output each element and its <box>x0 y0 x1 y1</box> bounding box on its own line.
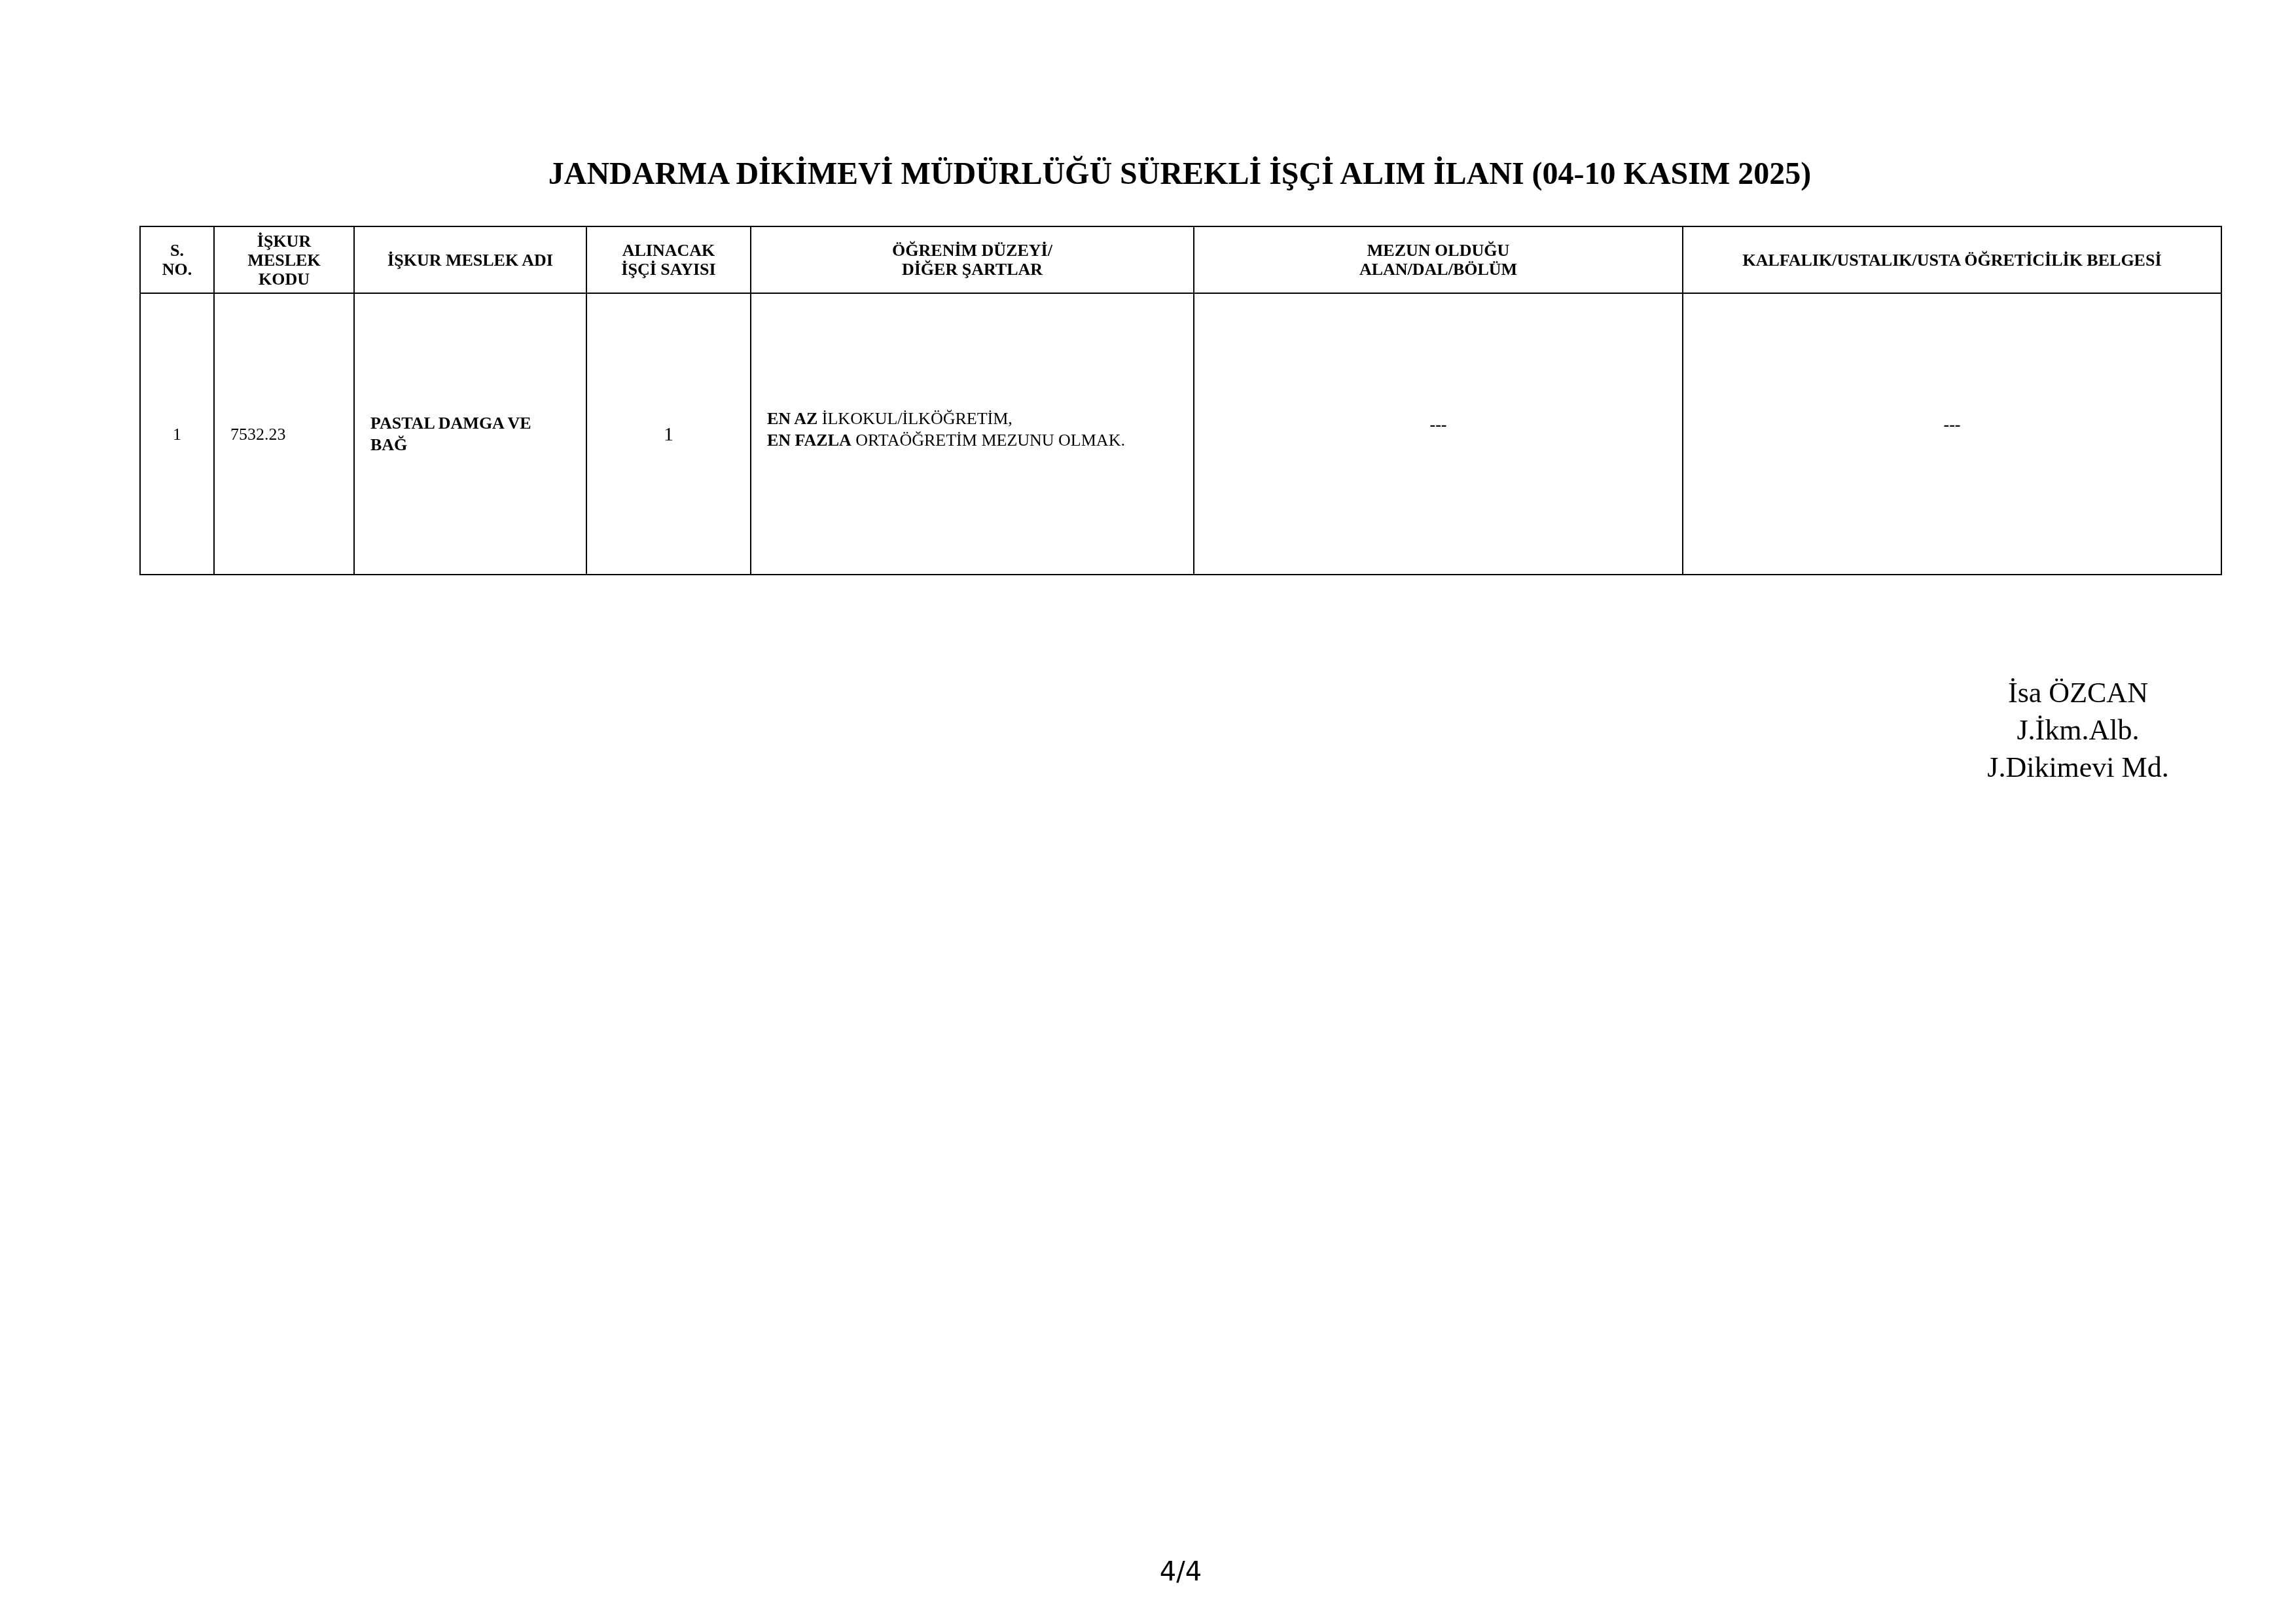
header-education-line1: ÖĞRENİM DÜZEYİ/ <box>755 241 1189 260</box>
cell-certificate: --- <box>1683 293 2221 575</box>
education-min-label: EN AZ <box>767 409 817 428</box>
header-sno-line2: NO. <box>145 260 209 279</box>
education-line-1: EN AZ İLKOKUL/İLKÖĞRETİM, <box>767 408 1177 429</box>
education-max-value: ORTAÖĞRETİM MEZUNU OLMAK. <box>855 431 1125 450</box>
table-row: 1 7532.23 PASTAL DAMGA VE BAĞ 1 EN AZ İL… <box>140 293 2221 575</box>
header-education: ÖĞRENİM DÜZEYİ/ DİĞER ŞARTLAR <box>751 226 1194 293</box>
cell-graduation-field: --- <box>1194 293 1683 575</box>
education-min-value: İLKOKUL/İLKÖĞRETİM, <box>822 409 1013 428</box>
header-iskur-name: İŞKUR MESLEK ADI <box>354 226 586 293</box>
cell-iskur-name: PASTAL DAMGA VE BAĞ <box>354 293 586 575</box>
page-number: 4/4 <box>1083 1556 1279 1588</box>
header-count-line2: İŞÇİ SAYISI <box>591 260 746 279</box>
header-graduation-field: MEZUN OLDUĞU ALAN/DAL/BÖLÜM <box>1194 226 1683 293</box>
header-iskur-code: İŞKUR MESLEK KODU <box>214 226 354 293</box>
cell-education: EN AZ İLKOKUL/İLKÖĞRETİM, EN FAZLA ORTAÖ… <box>751 293 1194 575</box>
header-field-line2: ALAN/DAL/BÖLÜM <box>1198 260 1678 279</box>
header-code-line3: KODU <box>219 270 350 289</box>
education-line-2: EN FAZLA ORTAÖĞRETİM MEZUNU OLMAK. <box>767 429 1177 451</box>
header-sno-line1: S. <box>145 241 209 260</box>
header-sno: S. NO. <box>140 226 214 293</box>
header-worker-count: ALINACAK İŞÇİ SAYISI <box>586 226 751 293</box>
document-title: JANDARMA DİKİMEVİ MÜDÜRLÜĞÜ SÜREKLİ İŞÇİ… <box>139 156 2220 192</box>
cell-sno: 1 <box>140 293 214 575</box>
header-code-line2: MESLEK <box>219 251 350 270</box>
signature-block: İsa ÖZCAN J.İkm.Alb. J.Dikimevi Md. <box>1950 674 2206 786</box>
education-max-label: EN FAZLA <box>767 431 852 450</box>
header-count-line1: ALINACAK <box>591 241 746 260</box>
table-header-row: S. NO. İŞKUR MESLEK KODU İŞKUR MESLEK AD… <box>140 226 2221 293</box>
job-listing-table: S. NO. İŞKUR MESLEK KODU İŞKUR MESLEK AD… <box>139 226 2222 575</box>
header-certificate: KALFALIK/USTALIK/USTA ÖĞRETİCİLİK BELGES… <box>1683 226 2221 293</box>
signatory-position: J.Dikimevi Md. <box>1950 749 2206 786</box>
cell-worker-count: 1 <box>586 293 751 575</box>
header-code-line1: İŞKUR <box>219 232 350 251</box>
signatory-rank: J.İkm.Alb. <box>1950 711 2206 749</box>
header-education-line2: DİĞER ŞARTLAR <box>755 260 1189 279</box>
header-field-line1: MEZUN OLDUĞU <box>1198 241 1678 260</box>
signatory-name: İsa ÖZCAN <box>1950 674 2206 711</box>
cell-iskur-code: 7532.23 <box>214 293 354 575</box>
